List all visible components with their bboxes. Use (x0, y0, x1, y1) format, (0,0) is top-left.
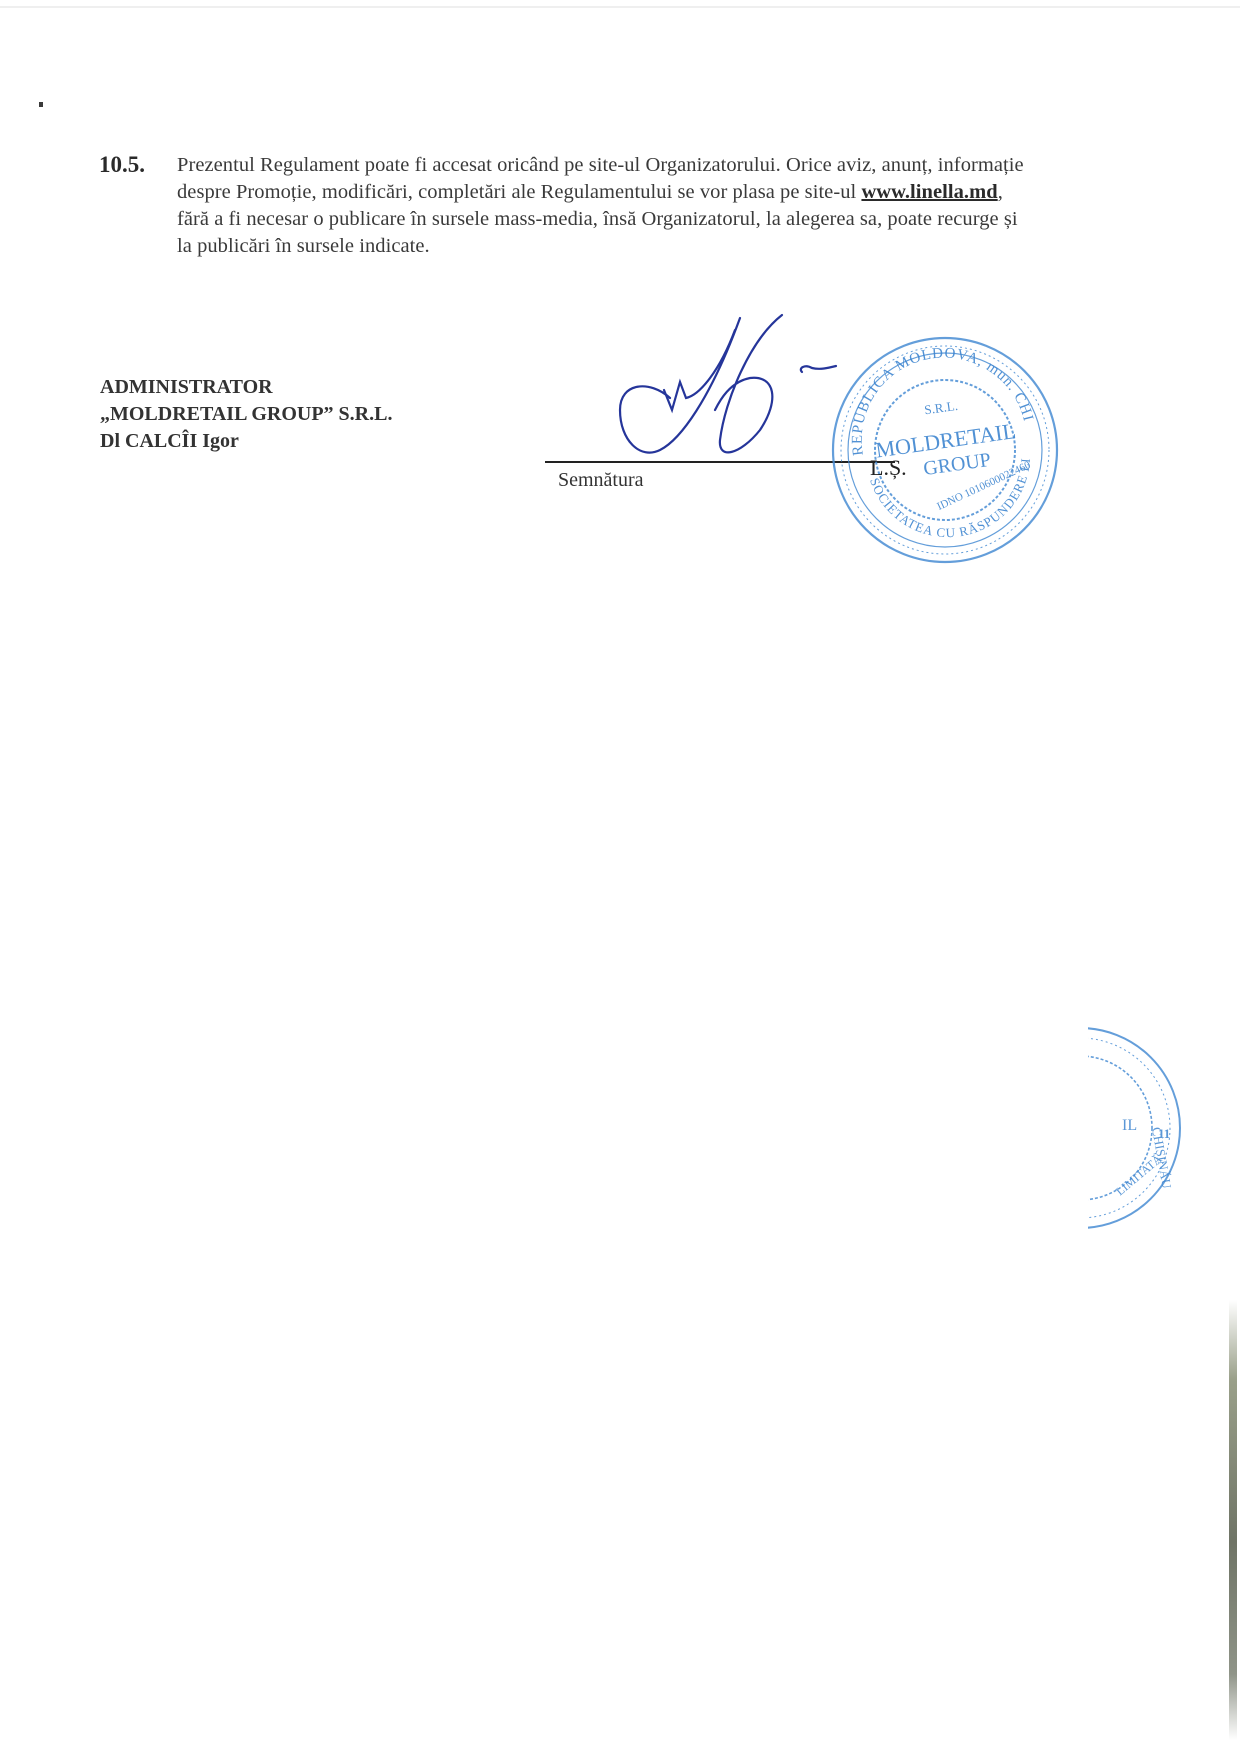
clause-line-2-text: despre Promoție, modificări, completări … (177, 181, 861, 203)
scan-speck (39, 102, 43, 107)
signatory-company: „MOLDRETAIL GROUP” S.R.L. (100, 401, 392, 428)
partial-stamp: IL CHIȘINĂU 11 LIMITATĂ (1000, 1020, 1200, 1230)
clause-text: Prezentul Regulament poate fi accesat or… (177, 152, 1127, 260)
signatory-title: ADMINISTRATOR (100, 374, 392, 401)
seal-mark: L.Ș. (870, 455, 907, 481)
clause-line-3: fără a fi necesar o publicare în sursele… (177, 206, 1127, 233)
clause-line-2: despre Promoție, modificări, completări … (177, 179, 1127, 206)
scan-top-edge (0, 6, 1240, 8)
link-suffix: , (998, 181, 1003, 203)
scan-edge-shadow (1229, 1300, 1237, 1740)
website-link[interactable]: www.linella.md (861, 181, 997, 203)
signatory-name: Dl CALCÎI Igor (100, 428, 392, 455)
svg-text:11: 11 (1158, 1126, 1170, 1141)
signature-label: Semnătura (558, 469, 644, 492)
clause-line-1: Prezentul Regulament poate fi accesat or… (177, 152, 1127, 179)
partial-stamp-fragment: IL (1122, 1117, 1137, 1134)
clause-line-4: la publicări în sursele indicate. (177, 233, 1127, 260)
signatory-block: ADMINISTRATOR „MOLDRETAIL GROUP” S.R.L. … (100, 374, 392, 455)
clause-number: 10.5. (99, 152, 145, 178)
svg-text:S.R.L.: S.R.L. (923, 398, 958, 418)
company-stamp: REPUBLICA MOLDOVA, mun. CHIȘINĂU SOCIETA… (825, 330, 1065, 570)
